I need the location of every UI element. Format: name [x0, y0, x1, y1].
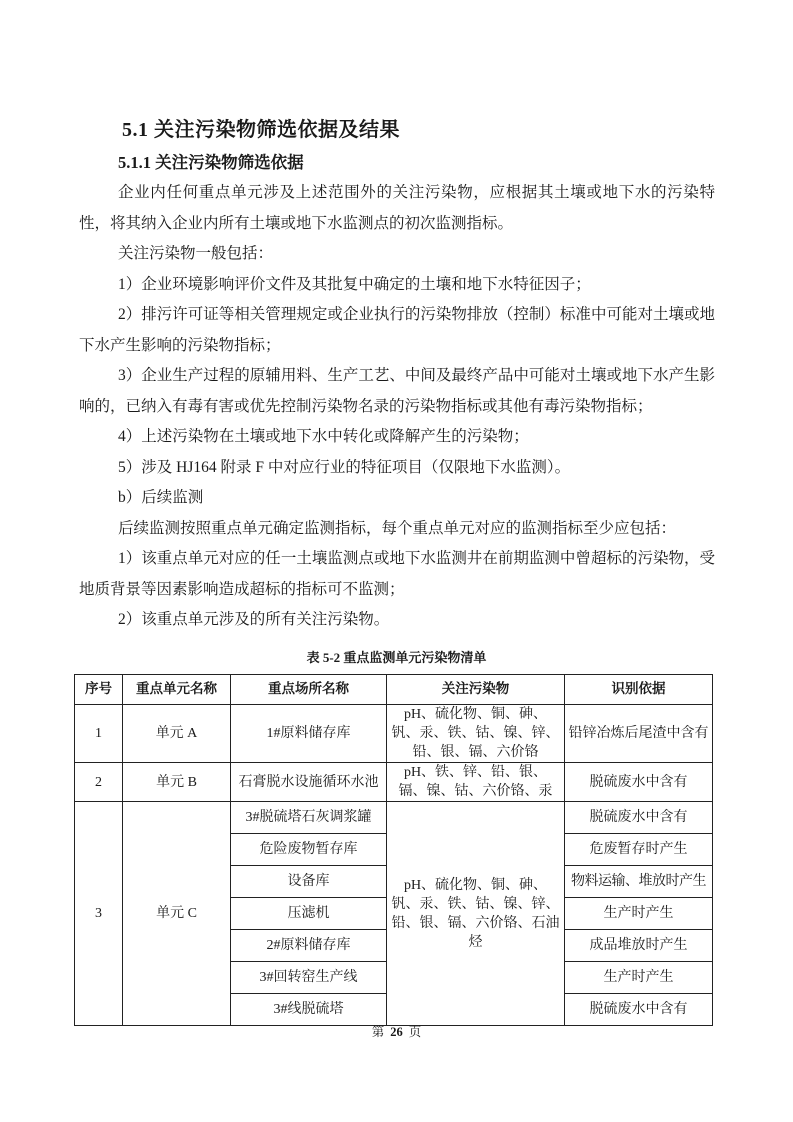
cell-basis: 物料运输、堆放时产生	[565, 866, 713, 898]
cell-site: 危险废物暂存库	[231, 834, 387, 866]
page-number: 26	[390, 1025, 403, 1039]
cell-site: 3#回转窑生产线	[231, 962, 387, 994]
cell-site: 压滤机	[231, 898, 387, 930]
page-prefix: 第	[372, 1025, 385, 1039]
section-title: 5.1 关注污染物筛选依据及结果	[122, 113, 400, 142]
cell-basis: 生产时产生	[565, 962, 713, 994]
header-pollutants: 关注污染物	[387, 675, 565, 705]
cell-basis: 成品堆放时产生	[565, 930, 713, 962]
table-caption: 表 5-2 重点监测单元污染物清单	[0, 647, 793, 666]
page-suffix: 页	[409, 1025, 422, 1039]
paragraph: 5）涉及 HJ164 附录 F 中对应行业的特征项目（仅限地下水监测）。	[79, 453, 715, 484]
cell-site: 2#原料储存库	[231, 930, 387, 962]
paragraph: 1）该重点单元对应的任一土壤监测点或地下水监测井在前期监测中曾超标的污染物，受地…	[79, 544, 715, 605]
cell-site: 设备库	[231, 866, 387, 898]
cell-basis: 铅锌冶炼后尾渣中含有	[565, 705, 713, 763]
cell-basis: 危废暂存时产生	[565, 834, 713, 866]
pollutant-table: 序号 重点单元名称 重点场所名称 关注污染物 识别依据 1 单元 A 1#原料储…	[74, 674, 713, 1026]
table-row: 2 单元 B 石膏脱水设施循环水池 pH、铁、锌、铅、银、镉、镍、钴、六价铬、汞…	[75, 763, 713, 802]
paragraph: b）后续监测	[79, 483, 715, 514]
paragraph: 关注污染物一般包括：	[79, 239, 715, 270]
cell-unit: 单元 B	[123, 763, 231, 802]
cell-basis: 脱硫废水中含有	[565, 763, 713, 802]
cell-basis: 脱硫废水中含有	[565, 802, 713, 834]
cell-basis: 脱硫废水中含有	[565, 994, 713, 1026]
cell-site: 1#原料储存库	[231, 705, 387, 763]
header-unit: 重点单元名称	[123, 675, 231, 705]
cell-no: 1	[75, 705, 123, 763]
paragraph: 1）企业环境影响评价文件及其批复中确定的土壤和地下水特征因子；	[79, 270, 715, 301]
cell-pollutants: pH、硫化物、铜、砷、钒、汞、铁、钴、镍、锌、铅、银、镉、六价铬、石油烃	[387, 802, 565, 1026]
header-site: 重点场所名称	[231, 675, 387, 705]
paragraph: 企业内任何重点单元涉及上述范围外的关注污染物，应根据其土壤或地下水的污染特性，将…	[79, 178, 715, 239]
cell-site: 石膏脱水设施循环水池	[231, 763, 387, 802]
cell-unit: 单元 A	[123, 705, 231, 763]
table-header-row: 序号 重点单元名称 重点场所名称 关注污染物 识别依据	[75, 675, 713, 705]
paragraph: 3）企业生产过程的原辅用料、生产工艺、中间及最终产品中可能对土壤或地下水产生影响…	[79, 361, 715, 422]
cell-site: 3#脱硫塔石灰调浆罐	[231, 802, 387, 834]
body-text: 企业内任何重点单元涉及上述范围外的关注污染物，应根据其土壤或地下水的污染特性，将…	[79, 178, 715, 636]
table-row: 1 单元 A 1#原料储存库 pH、硫化物、铜、砷、钒、汞、铁、钴、镍、锌、铅、…	[75, 705, 713, 763]
cell-no: 3	[75, 802, 123, 1026]
cell-pollutants: pH、铁、锌、铅、银、镉、镍、钴、六价铬、汞	[387, 763, 565, 802]
header-basis: 识别依据	[565, 675, 713, 705]
cell-basis: 生产时产生	[565, 898, 713, 930]
cell-no: 2	[75, 763, 123, 802]
paragraph: 2）排污许可证等相关管理规定或企业执行的污染物排放（控制）标准中可能对土壤或地下…	[79, 300, 715, 361]
cell-site: 3#线脱硫塔	[231, 994, 387, 1026]
subsection-title: 5.1.1 关注污染物筛选依据	[118, 149, 304, 173]
paragraph: 4）上述污染物在土壤或地下水中转化或降解产生的污染物；	[79, 422, 715, 453]
paragraph: 后续监测按照重点单元确定监测指标，每个重点单元对应的监测指标至少应包括：	[79, 514, 715, 545]
cell-unit: 单元 C	[123, 802, 231, 1026]
page-footer: 第26页	[0, 1022, 793, 1040]
cell-pollutants: pH、硫化物、铜、砷、钒、汞、铁、钴、镍、锌、铅、银、镉、六价铬	[387, 705, 565, 763]
header-no: 序号	[75, 675, 123, 705]
table-row: 3 单元 C 3#脱硫塔石灰调浆罐 pH、硫化物、铜、砷、钒、汞、铁、钴、镍、锌…	[75, 802, 713, 834]
paragraph: 2）该重点单元涉及的所有关注污染物。	[79, 605, 715, 636]
